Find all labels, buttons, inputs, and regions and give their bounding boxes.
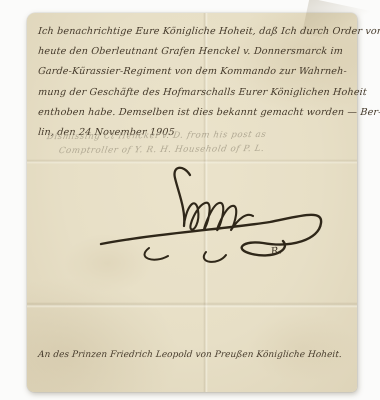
- paper-stain: [247, 313, 357, 383]
- body-line-5: enthoben habe. Demselben ist dies bekann…: [37, 103, 351, 123]
- signature-flourish-icon: [93, 160, 345, 278]
- photo-background: Ich benachrichtige Eure Königliche Hohei…: [0, 0, 380, 400]
- body-line-2: heute den Oberleutnant Grafen Henckel v.…: [37, 42, 351, 62]
- body-line-3: Garde-Kürassier-Regiment von dem Kommand…: [37, 62, 351, 82]
- letter-document: Ich benachrichtige Eure Königliche Hohei…: [27, 13, 357, 392]
- pencil-line-2: Comptroller of Y. R. H. Household of P. …: [58, 142, 268, 158]
- signature-rex-initial: R.: [270, 245, 282, 257]
- address-line: An des Prinzen Friedrich Leopold von Pre…: [38, 350, 343, 360]
- body-line-4: mung der Geschäfte des Hofmarschalls Eur…: [37, 83, 351, 103]
- body-line-1: Ich benachrichtige Eure Königliche Hohei…: [37, 22, 351, 42]
- wilhelm-signature: R.: [93, 160, 345, 278]
- letter-body: Ich benachrichtige Eure Königliche Hohei…: [38, 22, 350, 143]
- horizontal-fold-crease-lower: [27, 302, 357, 308]
- pencil-annotation: Dismissing Ct Henckel v. D. from his pos…: [47, 129, 266, 157]
